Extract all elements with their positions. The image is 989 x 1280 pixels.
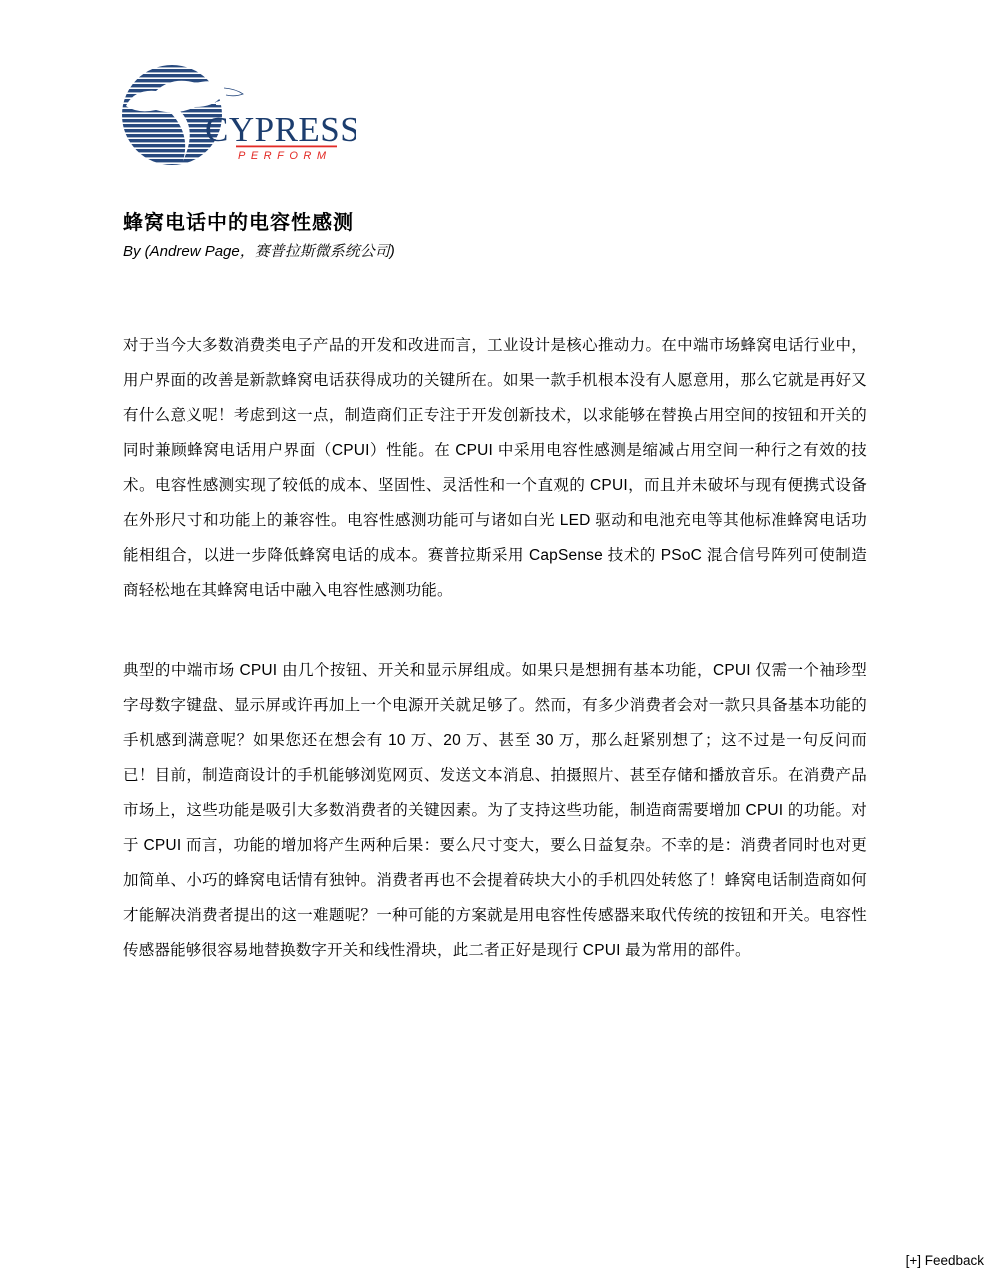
cypress-logo-graphic: CYPRESS PERFORM [116, 64, 356, 174]
article-title: 蜂窝电话中的电容性感测 [123, 210, 867, 236]
cypress-logo: CYPRESS PERFORM [116, 64, 356, 174]
article-paragraph-1: 对于当今大多数消费类电子产品的开发和改进而言，工业设计是核心推动力。在中端市场蜂… [123, 328, 867, 608]
perform-tagline: PERFORM [238, 150, 332, 162]
logo-divider-line [236, 146, 337, 148]
cypress-wordmark: CYPRESS [205, 110, 356, 149]
article-byline: By (Andrew Page，赛普拉斯微系统公司) [123, 242, 867, 262]
feedback-link[interactable]: [+] Feedback [906, 1253, 984, 1268]
document-page: CYPRESS PERFORM 蜂窝电话中的电容性感测 By (Andrew P… [0, 0, 989, 1280]
article-paragraph-2: 典型的中端市场 CPUI 由几个按钮、开关和显示屏组成。如果只是想拥有基本功能，… [123, 653, 867, 968]
